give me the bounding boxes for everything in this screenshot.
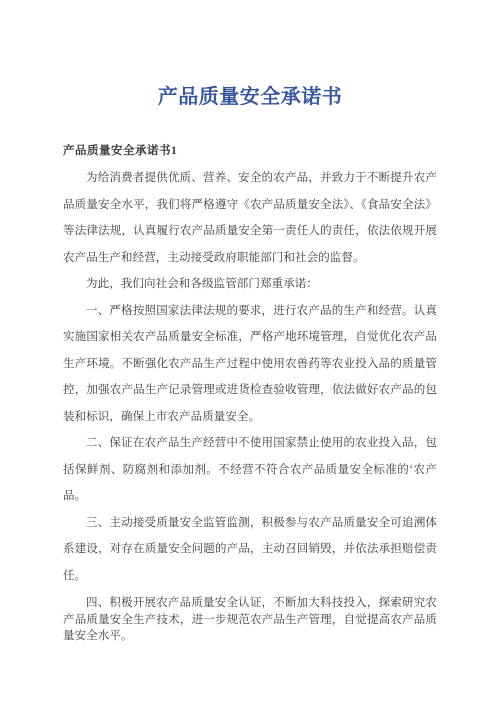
document-page: 产品质量安全承诺书 产品质量安全承诺书1 为给消费者提供优质、营养、安全的农产品… [0, 0, 500, 707]
paragraph: 四、积极开展农产品质量安全认证，不断加大科技投入，探索研究农产品质量安全生产技术… [63, 595, 437, 645]
document-body: 为给消费者提供优质、营养、安全的农产品，并致力于不断提升农产品质量安全水平，我们… [63, 165, 437, 645]
paragraph: 为此，我们向社会和各级监管部门郑重承诺： [63, 271, 437, 298]
paragraph: 一、严格按照国家法律法规的要求，进行农产品的生产和经营。认真实施国家相关农产品质… [63, 298, 437, 431]
document-title: 产品质量安全承诺书 [63, 85, 437, 109]
paragraph: 为给消费者提供优质、营养、安全的农产品，并致力于不断提升农产品质量安全水平，我们… [63, 165, 437, 271]
paragraph: 三、主动接受质量安全监管监测，积极参与农产品质量安全可追溯体系建设，对存在质量安… [63, 510, 437, 590]
document-subtitle: 产品质量安全承诺书1 [63, 142, 437, 160]
paragraph: 二、保证在农产品生产经营中不使用国家禁止使用的农业投入品，包括保鲜剂、防腐剂和添… [63, 430, 437, 510]
